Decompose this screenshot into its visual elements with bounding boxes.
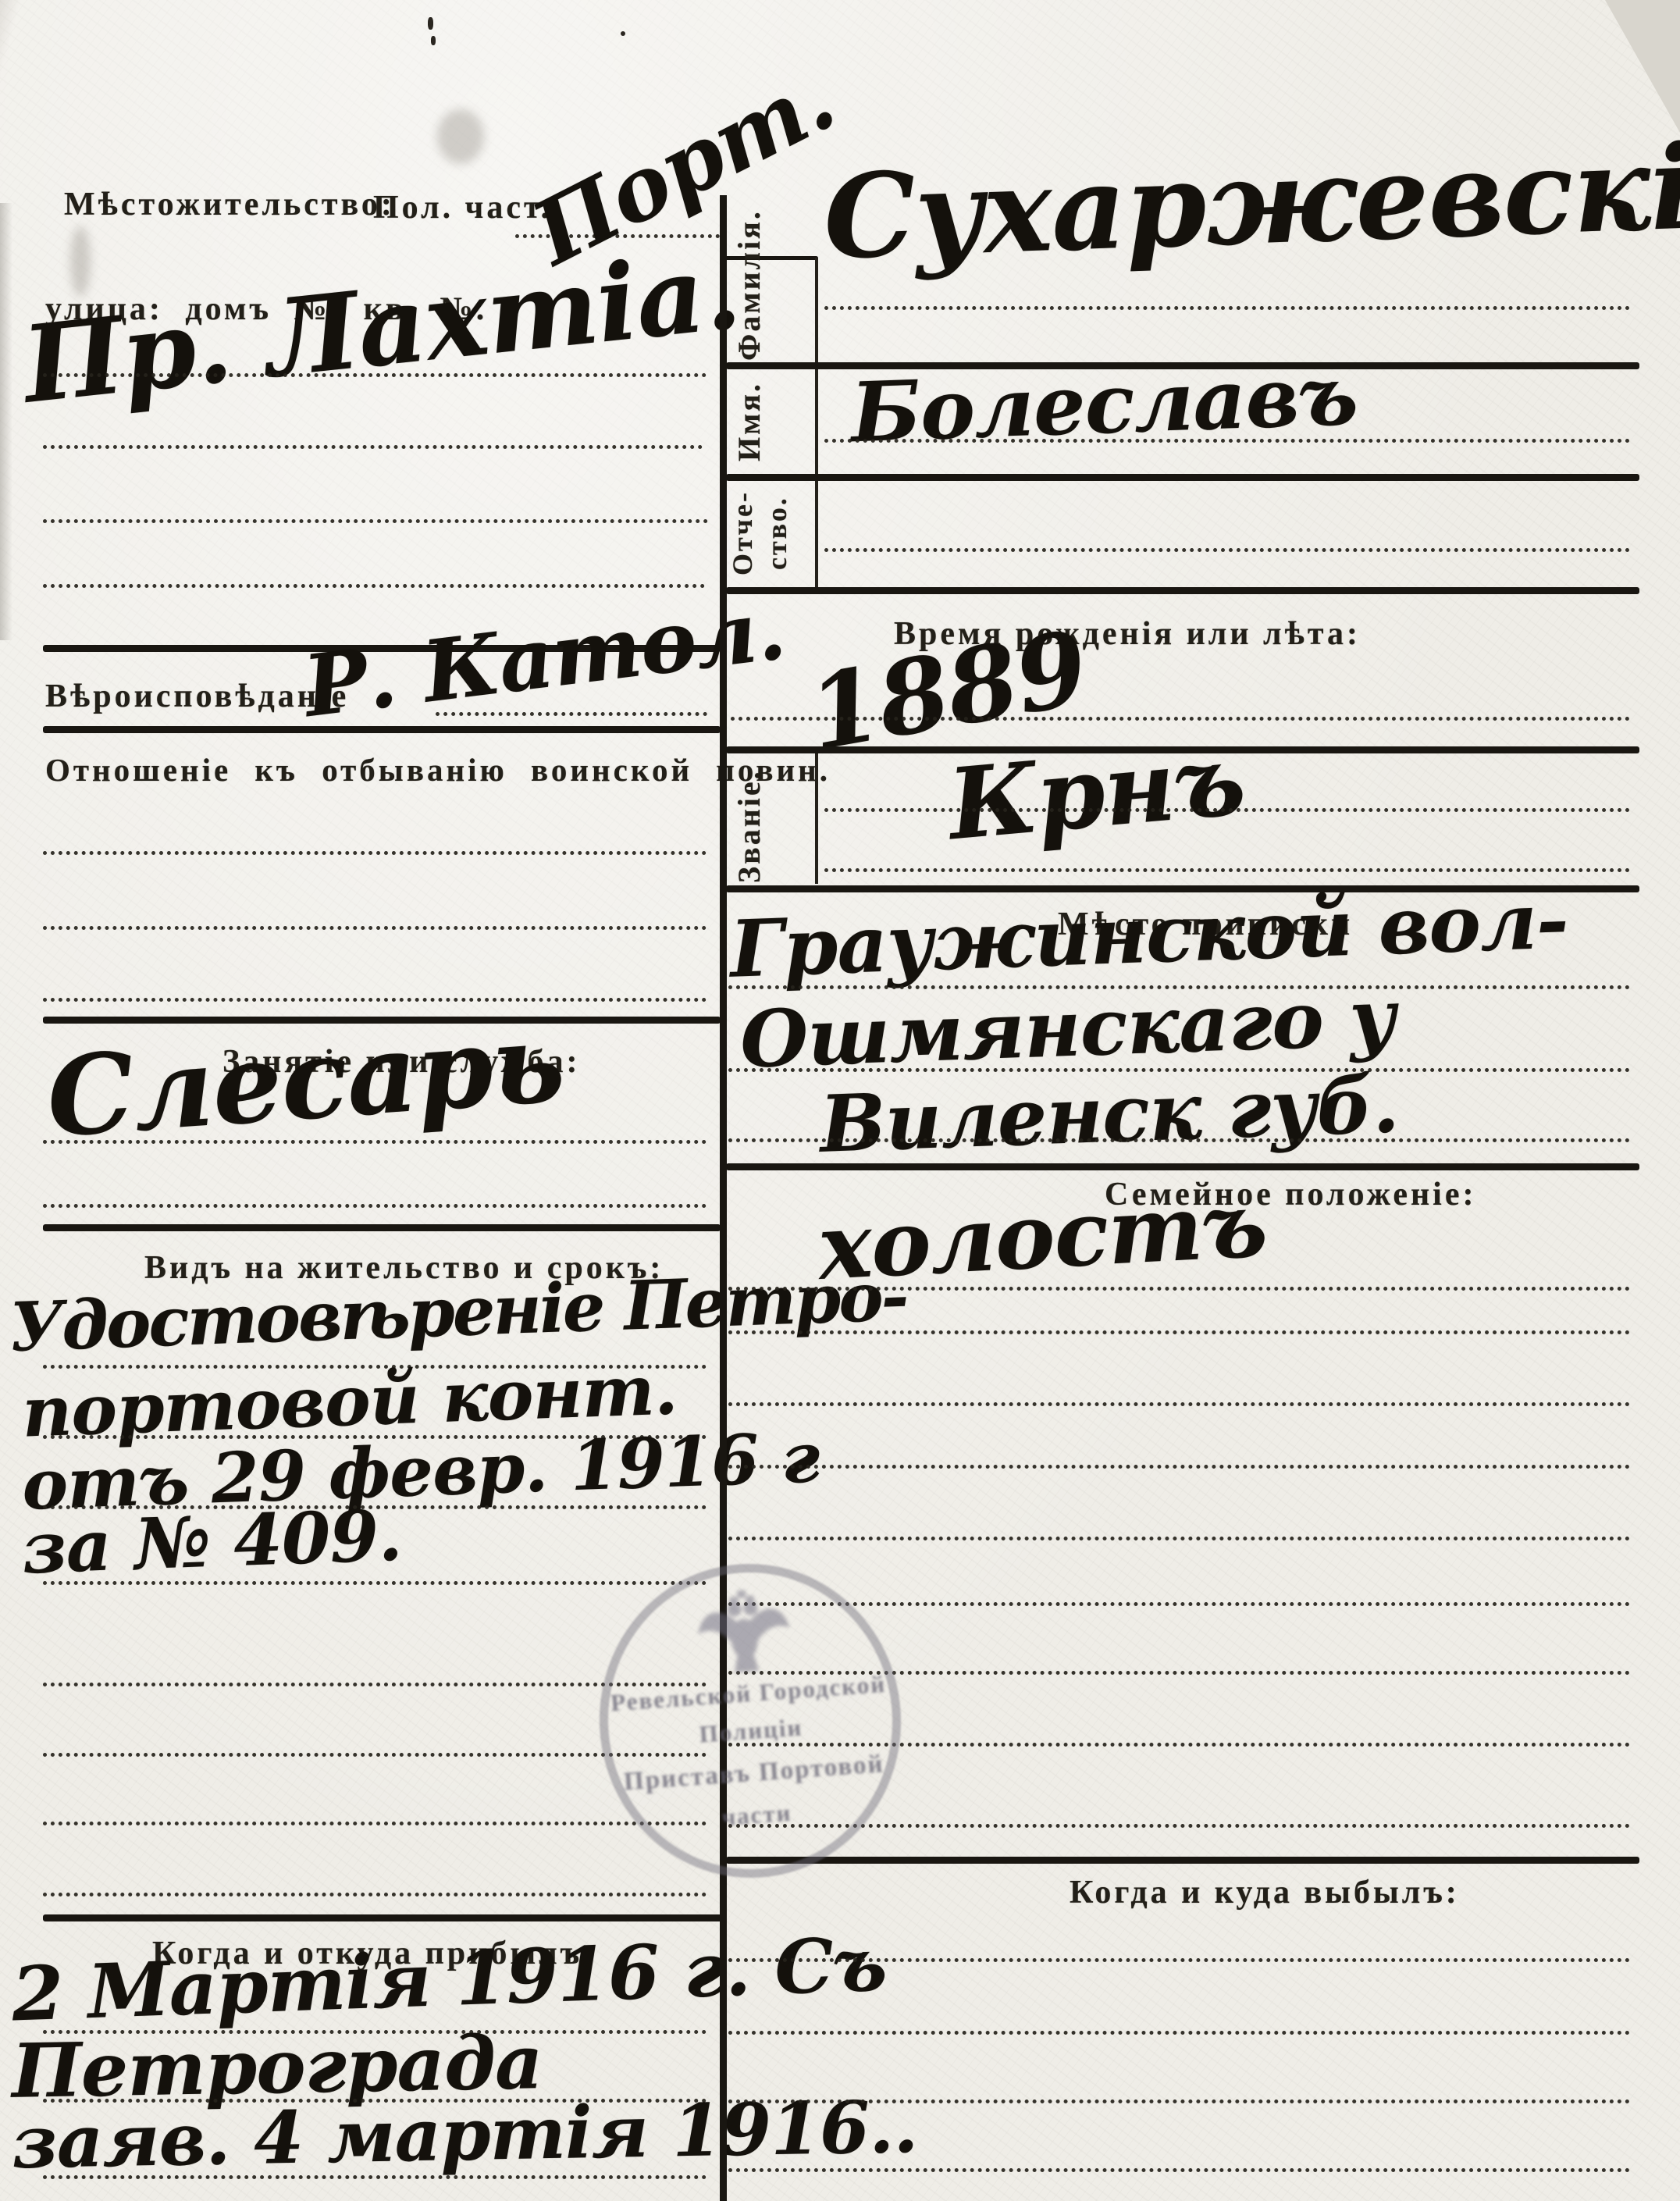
ink-speck <box>431 36 436 45</box>
surname-line <box>824 306 1630 310</box>
street-value: Пр. Лахтіа. <box>17 228 745 426</box>
blank-line <box>43 519 708 523</box>
imperial-eagle-icon <box>690 1583 798 1682</box>
blank-line <box>43 851 707 855</box>
blank-line <box>43 926 707 930</box>
surname-value: Сухаржевскій <box>821 116 1680 285</box>
ink-speck <box>621 31 625 36</box>
paper-blot <box>437 109 484 164</box>
marital-line <box>728 1287 1630 1291</box>
section-rule <box>726 1163 1639 1170</box>
patronymic-label-line1: Отче- <box>726 483 759 584</box>
section-rule <box>43 1914 724 1921</box>
section-rule <box>726 587 1639 594</box>
paper-blot <box>70 226 91 297</box>
permit-line-1: Удостовѣреніе Петро- <box>9 1257 908 1367</box>
residence-label: Мѣстожительство: <box>64 186 395 223</box>
blank-line <box>43 445 703 449</box>
rank-line <box>824 808 1630 812</box>
blank-line <box>728 1330 1630 1334</box>
marital-value: холостъ <box>816 1172 1269 1301</box>
registration-card: Мѣстожительство: Пол. част. Порт. улица:… <box>0 0 1680 2201</box>
label-column-rule <box>815 750 818 884</box>
blank-line <box>43 1140 707 1144</box>
permit-line-4: за № 409. <box>20 1494 403 1590</box>
patronymic-line <box>824 548 1630 552</box>
ink-speck <box>428 17 433 30</box>
blank-line <box>728 1537 1630 1540</box>
registration-line-3: Виленск губ. <box>818 1058 1400 1170</box>
blank-line <box>728 1465 1630 1469</box>
blank-line <box>728 1402 1630 1406</box>
blank-line <box>43 584 705 588</box>
blank-line <box>43 373 707 377</box>
section-rule <box>43 726 721 733</box>
blank-line <box>728 2031 1630 2035</box>
blank-line <box>43 1204 707 1208</box>
surname-label: Фамилія. <box>731 264 767 361</box>
label-column-rule <box>815 258 818 589</box>
blank-line <box>43 998 707 1002</box>
paper-edge-smudge <box>0 203 12 640</box>
first-name-label: Имя. <box>731 373 767 470</box>
blank-line <box>824 868 1630 872</box>
paper-corner-cut <box>1586 0 1680 133</box>
rank-label: Званіе. <box>731 764 767 889</box>
birth-line <box>731 717 1630 721</box>
first-name-value: Болеславъ <box>849 347 1358 461</box>
blank-line <box>728 2168 1630 2172</box>
blank-line <box>43 2175 707 2179</box>
blank-line <box>728 1958 1630 1962</box>
official-round-stamp: Ревельской Городской Полиціи Приставъ По… <box>589 1554 911 1888</box>
departure-label: Когда и куда выбылъ: <box>1070 1874 1460 1911</box>
blank-line <box>728 1138 1630 1142</box>
patronymic-label: Отче- ство. <box>724 483 795 584</box>
military-service-label: Отношеніе къ отбыванію воинской повин. <box>45 751 831 789</box>
section-rule <box>726 474 1639 481</box>
blank-line <box>728 2099 1630 2103</box>
blank-line <box>43 1893 707 1896</box>
first-name-line <box>824 439 1630 443</box>
patronymic-label-line2: ство. <box>760 483 793 584</box>
section-rule <box>43 1224 721 1231</box>
